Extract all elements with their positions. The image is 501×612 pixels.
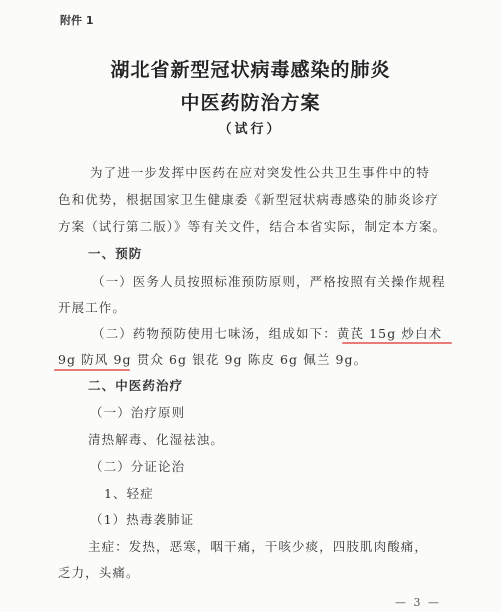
prevention-item2-line2: 9g 防风 9g 贯众 6g 银花 9g 陈皮 6g 佩兰 9g。 [58, 350, 367, 368]
red-underline-1 [342, 342, 452, 344]
treatment-principle-heading: （一）治疗原则 [90, 403, 185, 421]
prevention-item1-line2: 开展工作。 [58, 298, 126, 316]
herb-highlight-2: 9g 防风 9g [58, 352, 132, 367]
treatment-principle-text: 清热解毒、化湿祛浊。 [88, 430, 224, 448]
herb-list-rest: 贯众 6g 银花 9g 陈皮 6g 佩兰 9g。 [132, 352, 368, 367]
syndrome-differentiation-heading: （二）分证论治 [90, 457, 185, 475]
herb-highlight-1: 黄芪 15g 炒白术 [337, 326, 442, 341]
mild-case-heading: 1、轻症 [104, 484, 154, 502]
prevention-item2-line1: （二）药物预防使用七味汤，组成如下：黄芪 15g 炒白术 [92, 324, 442, 342]
intro-line-1: 为了进一步发挥中医药在应对突发性公共卫生事件中的特 [90, 163, 430, 181]
syndrome-heading: （1）热毒袭肺证 [90, 510, 194, 528]
intro-line-2: 色和优势，根据国家卫生健康委《新型冠状病毒感染的肺炎诊疗 [58, 190, 439, 208]
symptoms-line-2: 乏力，头痛。 [58, 563, 140, 581]
document-title-line1: 湖北省新型冠状病毒感染的肺炎 [0, 55, 501, 82]
prevention-item2-prefix: （二）药物预防使用七味汤，组成如下： [92, 326, 337, 341]
section-heading-treatment: 二、中医药治疗 [88, 376, 183, 394]
annex-label: 附件 1 [60, 12, 93, 28]
prevention-item1-line1: （一）医务人员按照标准预防原则，严格按照有关操作规程 [92, 272, 446, 290]
intro-line-3: 方案（试行第二版）》等有关文件，结合本省实际，制定本方案。 [58, 217, 446, 235]
document-subtitle: （试行） [0, 118, 501, 137]
document-page: 附件 1 湖北省新型冠状病毒感染的肺炎 中医药防治方案 （试行） 为了进一步发挥… [0, 0, 501, 612]
red-underline-2 [54, 369, 130, 371]
document-title-line2: 中医药防治方案 [0, 88, 501, 115]
symptoms-line-1: 主症：发热，恶寒，咽干痛，干咳少痰，四肢肌肉酸痛， [88, 537, 428, 555]
section-heading-prevention: 一、预防 [88, 244, 142, 262]
page-number: — 3 — [395, 596, 441, 609]
